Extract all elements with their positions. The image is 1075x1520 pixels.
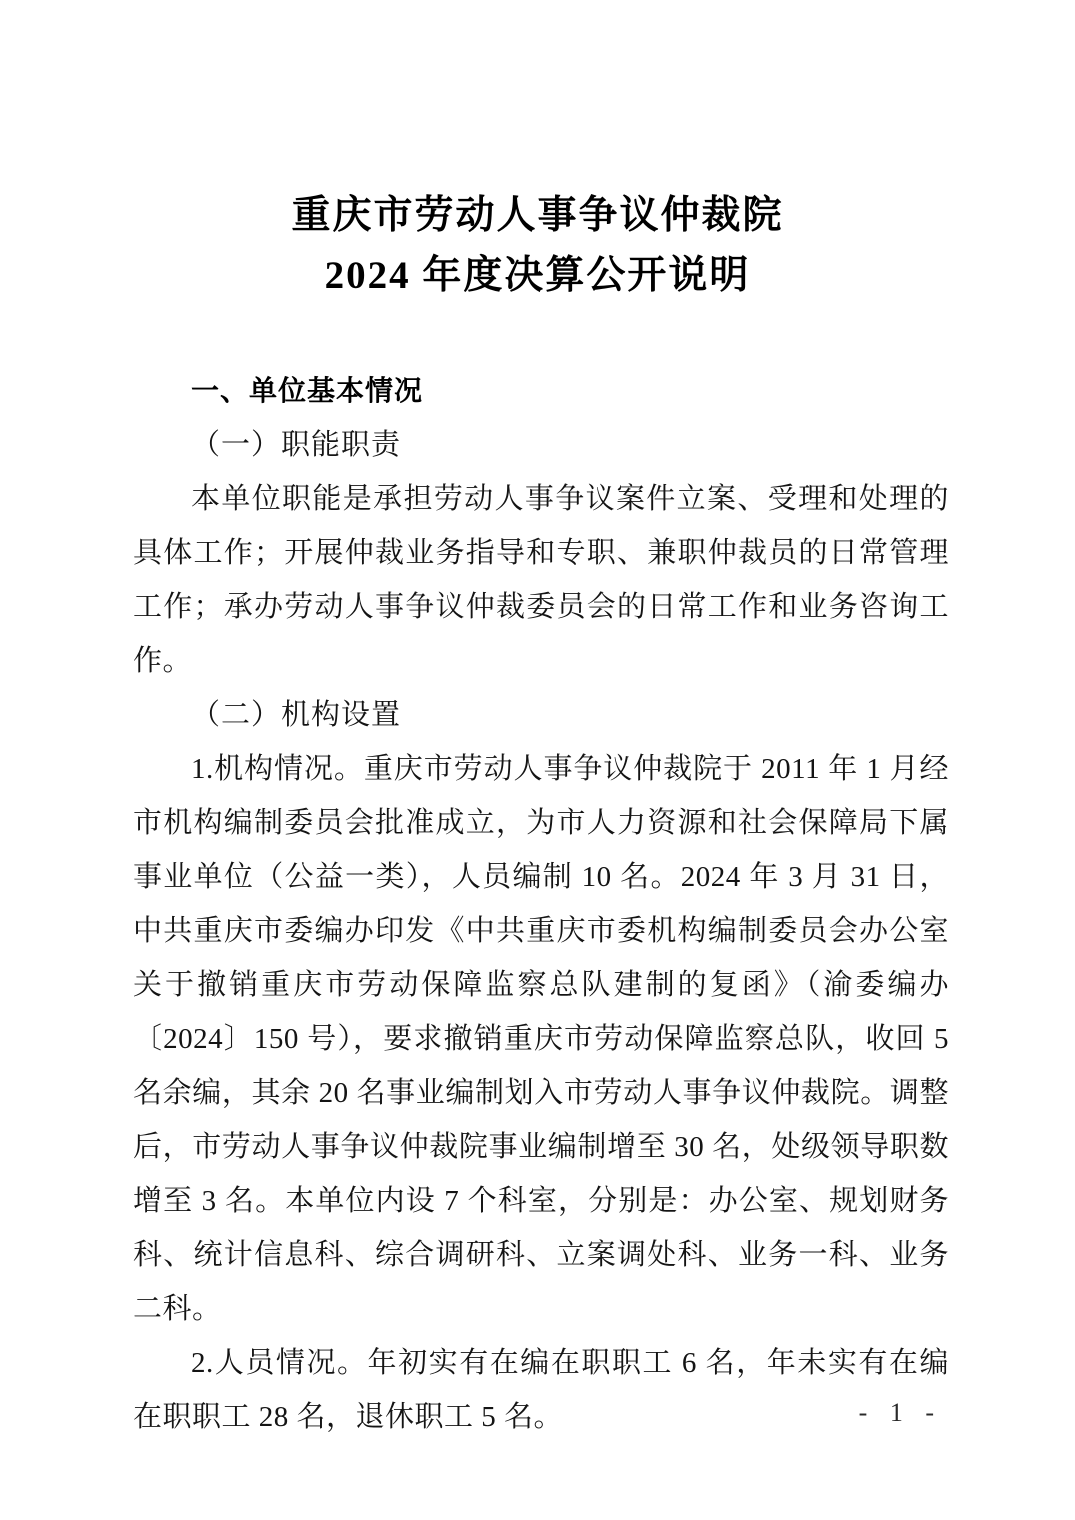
document-title-line-2: 2024 年度决算公开说明: [0, 246, 1075, 306]
paragraph-duties: 本单位职能是承担劳动人事争议案件立案、受理和处理的具体工作；开展仲裁业务指导和专…: [133, 472, 949, 688]
document-title-line-1: 重庆市劳动人事争议仲裁院: [0, 186, 1075, 246]
paragraph-organization: 1.机构情况。重庆市劳动人事争议仲裁院于 2011 年 1 月经市机构编制委员会…: [133, 742, 949, 1336]
section-heading-basic-info: 一、单位基本情况: [133, 364, 949, 418]
subsection-heading-duties: （一）职能职责: [133, 418, 949, 472]
document-title: 重庆市劳动人事争议仲裁院 2024 年度决算公开说明: [0, 186, 1075, 306]
page-number: - 1 -: [859, 1398, 942, 1428]
subsection-heading-organization: （二）机构设置: [133, 688, 949, 742]
document-body: 一、单位基本情况 （一）职能职责 本单位职能是承担劳动人事争议案件立案、受理和处…: [133, 364, 949, 1444]
paragraph-personnel: 2.人员情况。年初实有在编在职职工 6 名，年未实有在编在职职工 28 名，退休…: [133, 1336, 949, 1444]
document-page: 重庆市劳动人事争议仲裁院 2024 年度决算公开说明 一、单位基本情况 （一）职…: [0, 0, 1075, 1520]
